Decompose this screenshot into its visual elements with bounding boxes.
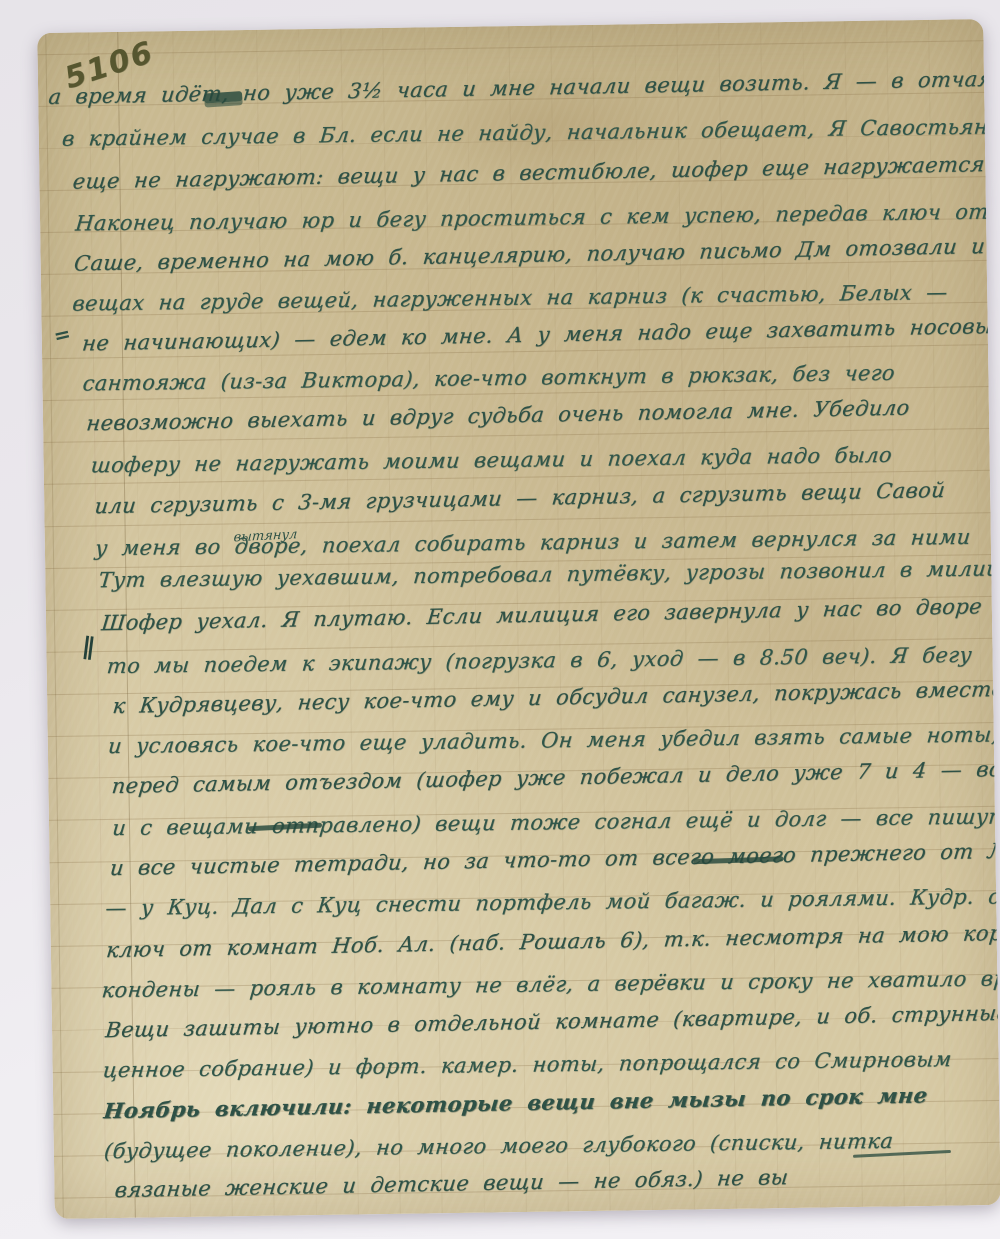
manuscript-page: 5106 = ∥ а время идёт, но уже 3½ часа и … — [37, 19, 1000, 1219]
